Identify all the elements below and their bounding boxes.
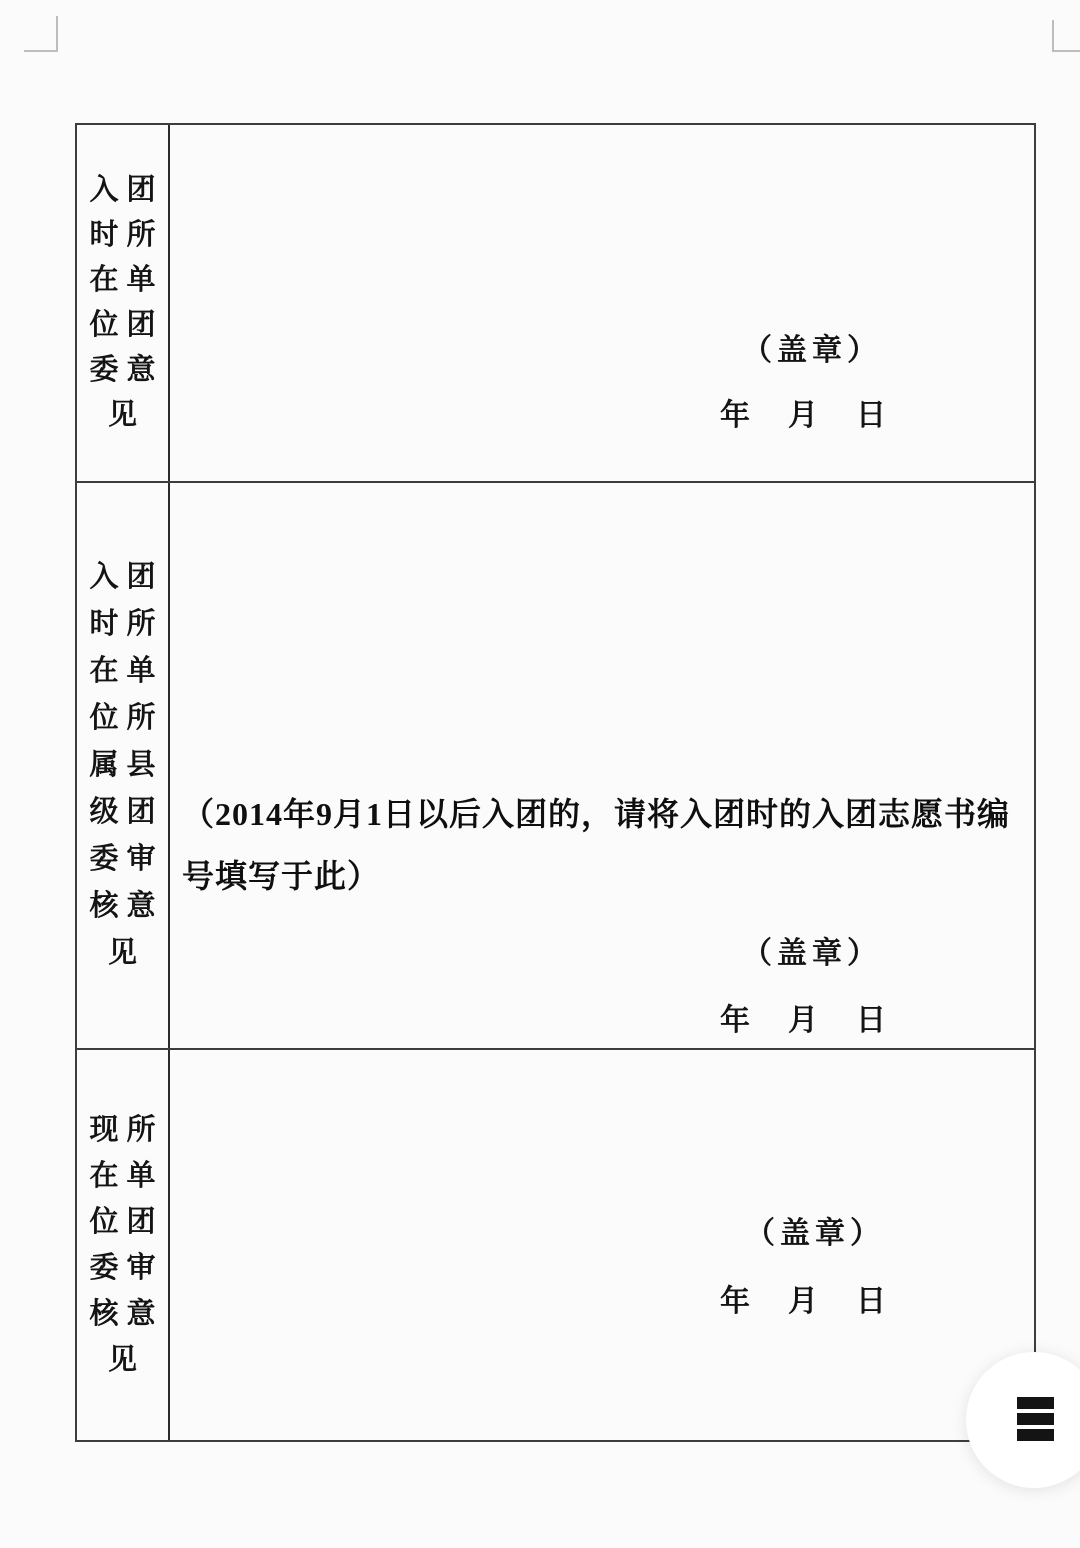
day-label: 日 [856, 1276, 886, 1320]
row-label-cell: 入团时所在单位所属县级团委审核意见 [77, 483, 170, 1048]
stamp-placeholder: （盖章） [742, 928, 882, 972]
opinion-content-cell: （2014年9月1日以后入团的，请将入团时的入团志愿书编号填写于此） （盖章） … [170, 483, 1034, 1048]
year-label: 年 [720, 390, 750, 434]
approval-opinions-table: 入团时所在单位团委意见 （盖章） 年 月 日 入团时所在单位所属县级团委审核意见… [75, 123, 1036, 1442]
opinion-content-cell: （盖章） 年 月 日 [170, 1050, 1034, 1440]
month-label: 月 [788, 1276, 818, 1320]
day-label: 日 [856, 995, 886, 1039]
stamp-placeholder: （盖章） [742, 325, 882, 369]
row-label-cell: 入团时所在单位团委意见 [77, 125, 170, 481]
membership-number-instruction-note: （2014年9月1日以后入团的，请将入团时的入团志愿书编号填写于此） [182, 783, 1040, 907]
date-placeholder: 年 月 日 [720, 1276, 886, 1320]
stamp-placeholder: （盖章） [745, 1208, 885, 1252]
day-label: 日 [856, 390, 886, 434]
year-label: 年 [720, 1276, 750, 1320]
row-label-joining-unit-committee-opinion: 入团时所在单位团委意见 [90, 168, 156, 438]
opinion-content-cell: （盖章） 年 月 日 [170, 125, 1034, 481]
row-label-current-unit-committee-review-opinion: 现所在单位团委审核意见 [90, 1107, 156, 1383]
page-corner-mark-top-right [1052, 20, 1080, 52]
month-label: 月 [788, 390, 818, 434]
month-label: 月 [788, 995, 818, 1039]
row-label-cell: 现所在单位团委审核意见 [77, 1050, 170, 1440]
date-placeholder: 年 月 日 [720, 390, 886, 434]
date-placeholder: 年 月 日 [720, 995, 886, 1039]
table-row-current-unit-committee-review-opinion: 现所在单位团委审核意见 （盖章） 年 月 日 [77, 1050, 1034, 1440]
hamburger-menu-icon [1017, 1397, 1054, 1441]
table-row-county-committee-review-opinion: 入团时所在单位所属县级团委审核意见 （2014年9月1日以后入团的，请将入团时的… [77, 483, 1034, 1050]
year-label: 年 [720, 995, 750, 1039]
row-label-county-committee-review-opinion: 入团时所在单位所属县级团委审核意见 [90, 554, 156, 977]
page-corner-mark-top-left [24, 16, 58, 52]
table-row-joining-unit-committee-opinion: 入团时所在单位团委意见 （盖章） 年 月 日 [77, 125, 1034, 483]
